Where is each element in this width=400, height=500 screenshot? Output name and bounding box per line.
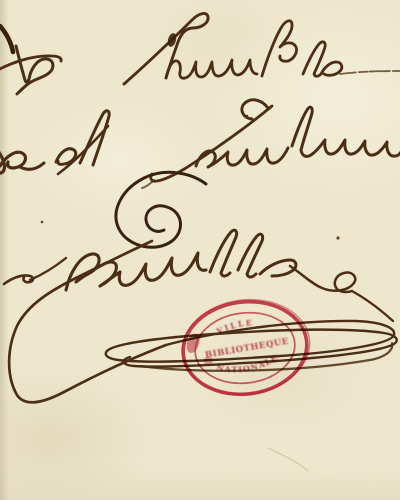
ink-speck bbox=[246, 115, 248, 117]
paper-grain-texture bbox=[0, 0, 400, 500]
manuscript-page: VILLE BIBLIOTHEQUE NATIONALE bbox=[0, 0, 400, 500]
manuscript-ink-layer: VILLE BIBLIOTHEQUE NATIONALE bbox=[0, 0, 400, 500]
